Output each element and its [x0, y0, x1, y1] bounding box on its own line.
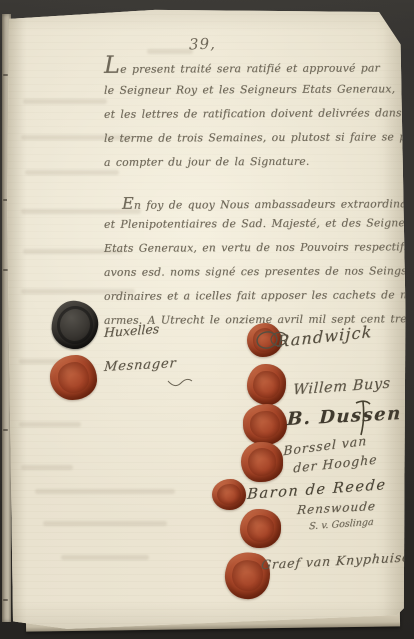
manuscript-line: le terme de trois Semaines, ou plutost s… — [104, 130, 414, 156]
manuscript-line: et les lettres de ratification doivent d… — [104, 106, 414, 132]
manuscript-line: a compter du jour de la Signature. — [104, 154, 414, 180]
red-wax-seal — [212, 479, 246, 510]
manuscript-line: avons esd. noms signé ces presentes de n… — [104, 264, 414, 290]
signature-mesnager: Mesnager — [103, 356, 177, 375]
red-wax-seal — [50, 355, 97, 400]
red-wax-seal — [241, 442, 283, 482]
signature-goslinga: S. v. Goslinga — [309, 517, 374, 533]
gutter-tick — [3, 269, 8, 271]
ratification-paragraph: Le present traité sera ratifié et approu… — [104, 59, 414, 179]
bleedthrough-line — [19, 422, 81, 427]
red-wax-seal — [219, 547, 275, 605]
manuscript-line: le Seigneur Roy et les Seigneurs Etats G… — [104, 82, 414, 108]
red-wax-seal — [240, 509, 281, 548]
signature-dussen: B. Dussen — [287, 403, 403, 430]
black-wax-seal — [49, 298, 101, 352]
manuscript-line: Etats Generaux, en vertu de nos Pouvoirs… — [104, 240, 414, 266]
signature-buys: Willem Buys — [293, 376, 391, 399]
red-wax-seal — [243, 404, 287, 445]
gutter-tick — [3, 429, 8, 431]
signature-flourish — [353, 399, 373, 437]
bleedthrough-line — [23, 99, 107, 104]
page-number: 39, — [189, 35, 216, 54]
manuscript-page: 39, Le present traité sera ratifié et ap… — [7, 7, 407, 632]
red-wax-seal — [247, 364, 286, 405]
attestation-paragraph: En foy de quoy Nous ambassadeurs extraor… — [104, 193, 414, 337]
manuscript-line: et Plenipotentiaires de Sad. Majesté, et… — [104, 216, 414, 242]
bleedthrough-line — [43, 521, 167, 526]
bleedthrough-line — [147, 49, 193, 54]
gutter-tick — [3, 74, 8, 76]
manuscript-photo: 39, Le present traité sera ratifié et ap… — [0, 0, 414, 639]
bleedthrough-line — [21, 465, 73, 470]
manuscript-line: Le present traité sera ratifié et approu… — [104, 58, 414, 84]
signature-flourish — [167, 375, 193, 391]
bleedthrough-line — [61, 555, 149, 560]
signature-knyphuisen: Graef van Knyphuisen — [260, 549, 414, 572]
signature-reede-line2: Renswoude — [296, 499, 376, 517]
gutter-tick — [3, 599, 8, 601]
bleedthrough-line — [35, 489, 175, 494]
manuscript-line: En foy de quoy Nous ambassadeurs extraor… — [104, 192, 414, 218]
manuscript-line: ordinaires et a icelles fait apposer les… — [104, 288, 414, 314]
